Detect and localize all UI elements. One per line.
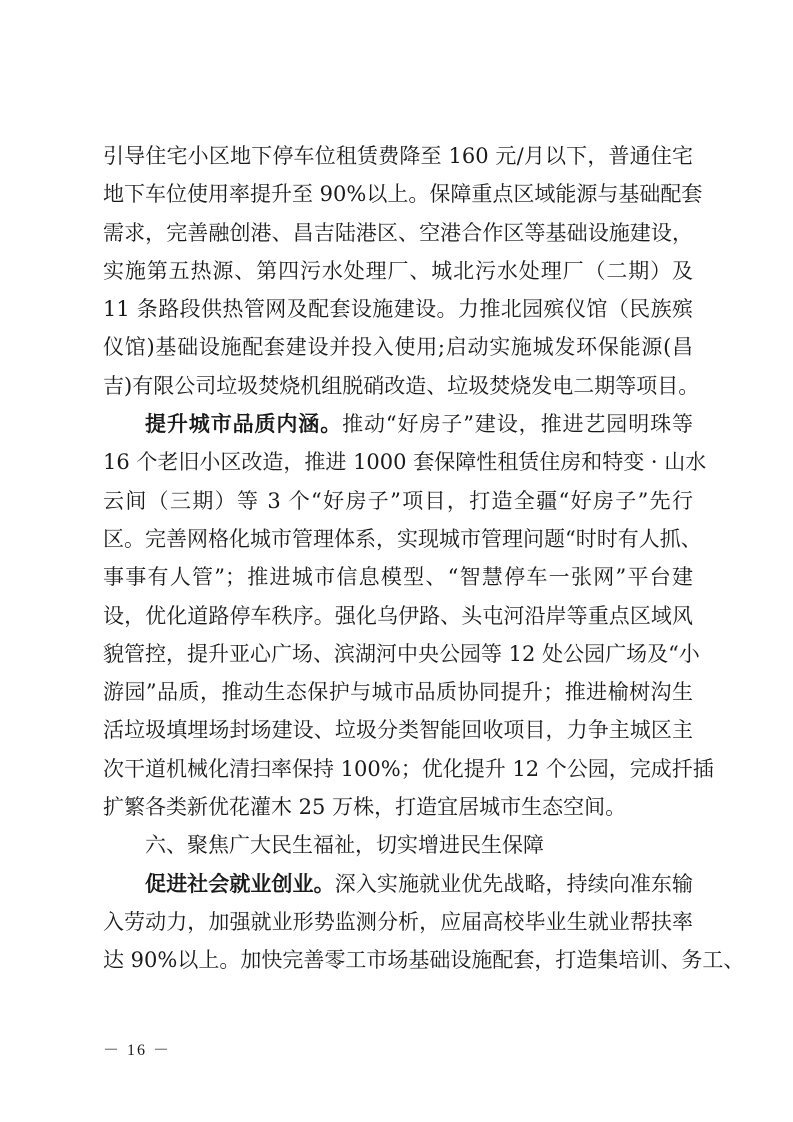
paragraph-lead: 提升城市品质内涵。 — [145, 412, 342, 436]
text-line: 仪馆)基础设施配套建设并投入使用;启动实施城发环保能源(昌 — [103, 328, 693, 366]
text-line: 貌管控，提升亚心广场、滨湖河中央公园等 12 处公园广场及“小 — [103, 635, 693, 673]
text-line: 需求，完善融创港、昌吉陆港区、空港合作区等基础设施建设， — [103, 214, 693, 252]
text-line: 促进社会就业创业。深入实施就业优先战略，持续向准东输 — [103, 865, 693, 903]
text-line: 地下车位使用率提升至 90%以上。保障重点区域能源与基础配套 — [103, 175, 693, 213]
paragraph-city-quality: 提升城市品质内涵。推动“好房子”建设，推进艺园明珠等 16 个老旧小区改造，推进… — [103, 405, 693, 826]
section-heading: 六、聚焦广大民生福祉，切实增进民生保障 — [103, 826, 693, 864]
text-line: 11 条路段供热管网及配套设施建设。力推北园殡仪馆（民族殡 — [103, 290, 693, 328]
text-line: 吉)有限公司垃圾焚烧机组脱硝改造、垃圾焚烧发电二期等项目。 — [103, 367, 693, 405]
text-line: 次干道机械化清扫率保持 100%；优化提升 12 个公园，完成扦插 — [103, 750, 693, 788]
text-line: 实施第五热源、第四污水处理厂、城北污水处理厂（二期）及 — [103, 252, 693, 290]
paragraph-text: 推动“好房子”建设，推进艺园明珠等 — [342, 412, 693, 436]
text-line: 区。完善网格化城市管理体系，实现城市管理问题“时时有人抓、 — [103, 520, 693, 558]
body-text: 引导住宅小区地下停车位租赁费降至 160 元/月以下，普通住宅 地下车位使用率提… — [103, 137, 693, 980]
paragraph-employment: 促进社会就业创业。深入实施就业优先战略，持续向准东输 入劳动力，加强就业形势监测… — [103, 865, 693, 980]
text-line: 事事有人管”；推进城市信息模型、“智慧停车一张网”平台建 — [103, 558, 693, 596]
paragraph-text: 深入实施就业优先战略，持续向准东输 — [335, 872, 693, 896]
paragraph-infrastructure: 引导住宅小区地下停车位租赁费降至 160 元/月以下，普通住宅 地下车位使用率提… — [103, 137, 693, 405]
text-line: 入劳动力，加强就业形势监测分析，应届高校毕业生就业帮扶率 — [103, 903, 693, 941]
text-line: 游园”品质，推动生态保护与城市品质协同提升；推进榆树沟生 — [103, 673, 693, 711]
page-number: － 16 － — [103, 1037, 171, 1060]
text-line: 16 个老旧小区改造，推进 1000 套保障性租赁住房和特变 · 山水 — [103, 443, 693, 481]
text-line: 设，优化道路停车秩序。强化乌伊路、头屯河沿岸等重点区域风 — [103, 597, 693, 635]
text-line: 引导住宅小区地下停车位租赁费降至 160 元/月以下，普通住宅 — [103, 137, 693, 175]
text-line: 活垃圾填埋场封场建设、垃圾分类智能回收项目，力争主城区主 — [103, 711, 693, 749]
paragraph-lead: 促进社会就业创业。 — [145, 872, 335, 896]
document-page: 引导住宅小区地下停车位租赁费降至 160 元/月以下，普通住宅 地下车位使用率提… — [0, 0, 793, 1122]
text-line: 达 90%以上。加快完善零工市场基础设施配套，打造集培训、务工、 — [103, 941, 693, 979]
text-line: 提升城市品质内涵。推动“好房子”建设，推进艺园明珠等 — [103, 405, 693, 443]
text-line: 云间（三期）等 3 个“好房子”项目，打造全疆“好房子”先行 — [103, 482, 693, 520]
text-line: 扩繁各类新优花灌木 25 万株，打造宜居城市生态空间。 — [103, 788, 693, 826]
